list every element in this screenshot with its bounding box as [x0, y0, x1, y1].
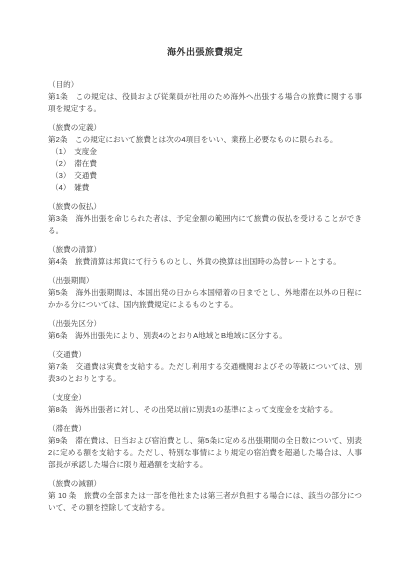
section-body-text: 第6条 海外出張先により、別表4のとおりA地域とB地域に区分する。	[48, 330, 362, 342]
document-title: 海外出張旅費規定	[0, 0, 410, 58]
section-body-text: 第8条 海外出張者に対し、その出発以前に別表1の基準によって支度金を支給する。	[48, 404, 362, 416]
section-expense-definition: （旅費の定義） 第2条 この規定において旅費とは次の4項目をいい、業務上必要なも…	[48, 122, 362, 194]
section-settlement: （旅費の清算） 第4条 旅費清算は邦貨にて行うものとし、外貨の換算は出国時の為替…	[48, 244, 362, 268]
section-purpose: （目的） 第1条 この規定は、役員および従業員が社用のため海外へ出張する場合の旅…	[48, 79, 362, 115]
section-heading: （旅費の仮払）	[48, 201, 362, 213]
expense-item-miscellaneous: （4） 雑費	[51, 182, 362, 194]
section-body-text: 第2条 この規定において旅費とは次の4項目をいい、業務上必要なものに限られる。	[48, 134, 362, 146]
section-heading: （目的）	[48, 79, 362, 91]
expense-item-transportation: （3） 交通費	[51, 170, 362, 182]
section-trip-period: （出張期間） 第5条 海外出張期間は、本国出発の日から本国帰着の日までとし、外地…	[48, 275, 362, 311]
section-heading: （旅費の定義）	[48, 122, 362, 134]
section-heading: （交通費）	[48, 349, 362, 361]
section-body-text: 第3条 海外出張を命じられた者は、予定金額の範囲内にて旅費の仮払を受けることがで…	[48, 213, 362, 237]
section-body-text: 第1条 この規定は、役員および従業員が社用のため海外へ出張する場合の旅費に関する…	[48, 91, 362, 115]
section-heading: （旅費の減額）	[48, 478, 362, 490]
section-destination-classification: （出張先区分） 第6条 海外出張先により、別表4のとおりA地域とB地域に区分する…	[48, 318, 362, 342]
section-heading: （出張先区分）	[48, 318, 362, 330]
expense-item-list: （1） 支度金 （2） 滞在費 （3） 交通費 （4） 雑費	[48, 146, 362, 194]
section-heading: （旅費の清算）	[48, 244, 362, 256]
section-heading: （支度金）	[48, 392, 362, 404]
section-body-text: 第4条 旅費清算は邦貨にて行うものとし、外貨の換算は出国時の為替レートとする。	[48, 256, 362, 268]
section-heading: （出張期間）	[48, 275, 362, 287]
document-body: （目的） 第1条 この規定は、役員および従業員が社用のため海外へ出張する場合の旅…	[0, 79, 410, 514]
expense-item-stay-expenses: （2） 滞在費	[51, 158, 362, 170]
document-page: 海外出張旅費規定 （目的） 第1条 この規定は、役員および従業員が社用のため海外…	[0, 0, 410, 580]
section-expense-reduction: （旅費の減額） 第 10 条 旅費の全部または一部を他社または第三者が負担する場…	[48, 478, 362, 514]
section-body-text: 第 10 条 旅費の全部または一部を他社または第三者が負担する場合には、該当の部…	[48, 490, 362, 514]
section-body-text: 第5条 海外出張期間は、本国出発の日から本国帰着の日までとし、外地滞在以外の日程…	[48, 287, 362, 311]
expense-item-preparation-allowance: （1） 支度金	[51, 146, 362, 158]
section-heading: （滞在費）	[48, 423, 362, 435]
section-advance-payment: （旅費の仮払） 第3条 海外出張を命じられた者は、予定金額の範囲内にて旅費の仮払…	[48, 201, 362, 237]
section-preparation-allowance: （支度金） 第8条 海外出張者に対し、その出発以前に別表1の基準によって支度金を…	[48, 392, 362, 416]
section-stay-expenses: （滞在費） 第9条 滞在費は、日当および宿泊費とし、第5条に定める出張期間の全日…	[48, 423, 362, 471]
section-body-text: 第9条 滞在費は、日当および宿泊費とし、第5条に定める出張期間の全日数について、…	[48, 435, 362, 471]
section-transportation-cost: （交通費） 第7条 交通費は実費を支給する。ただし利用する交通機関およびその等級…	[48, 349, 362, 385]
section-body-text: 第7条 交通費は実費を支給する。ただし利用する交通機関およびその等級については、…	[48, 361, 362, 385]
